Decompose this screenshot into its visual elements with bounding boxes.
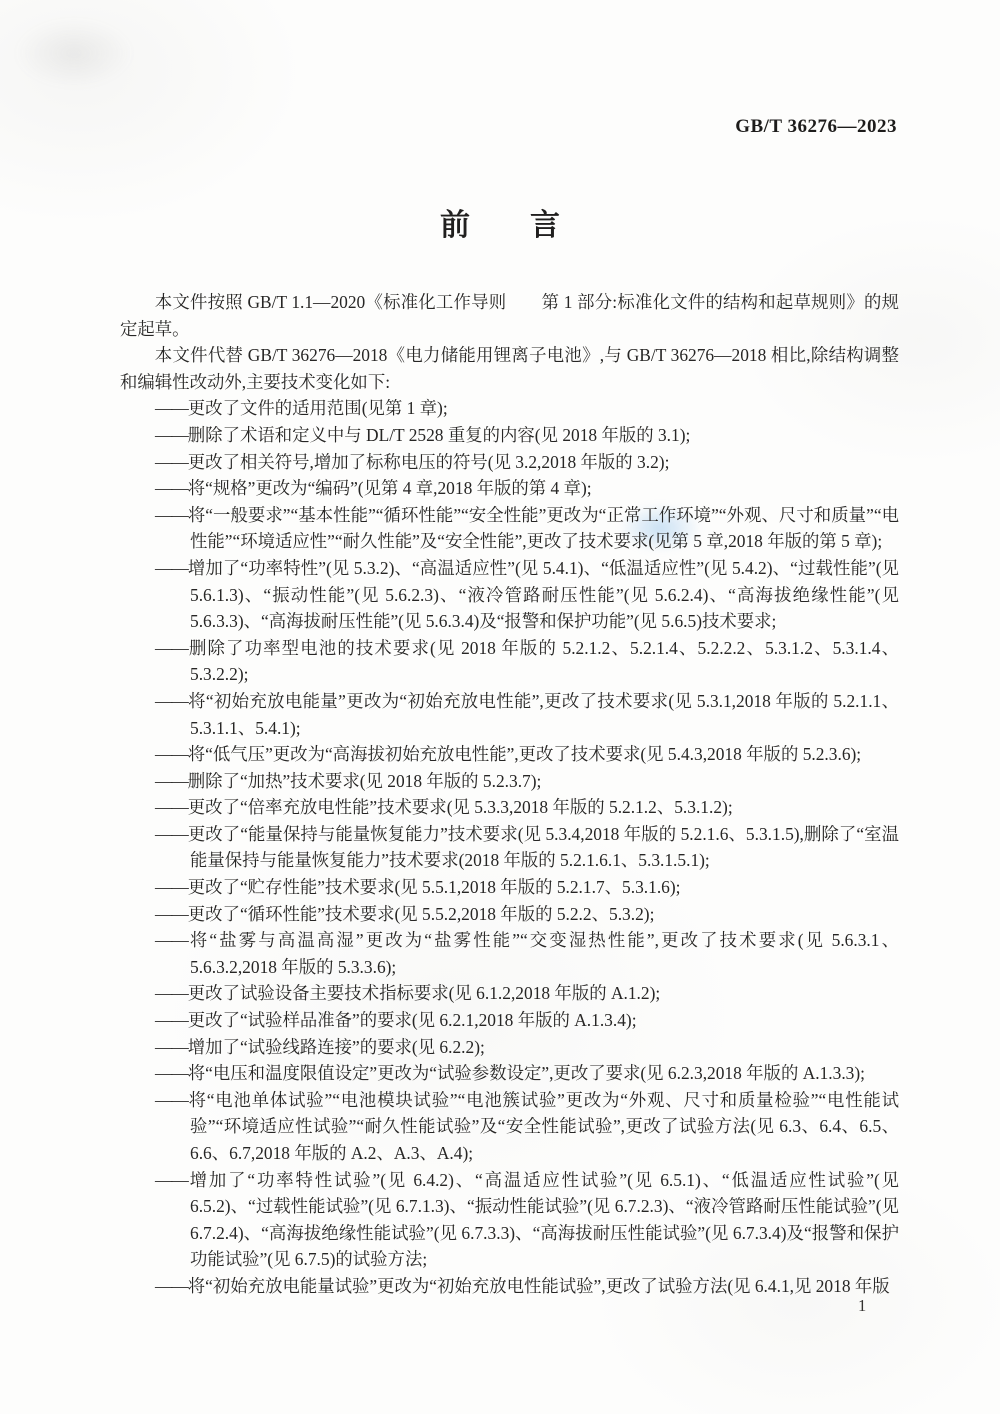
change-list-item: ——删除了“加热”技术要求(见 2018 年版的 5.2.3.7); — [120, 768, 899, 795]
em-dash-marker: —— — [155, 877, 188, 897]
em-dash-marker: —— — [155, 638, 188, 658]
change-item-text: 更改了“贮存性能”技术要求(见 5.5.1,2018 年版的 5.2.1.7、5… — [188, 877, 681, 897]
em-dash-marker: —— — [155, 1037, 188, 1057]
standard-code: GB/T 36276—2023 — [735, 116, 897, 138]
document-page: { "document": { "code": "GB/T 36276—2023… — [0, 0, 1000, 1414]
em-dash-marker: —— — [155, 452, 188, 472]
change-item-text: 增加了“功率特性试验”(见 6.4.2)、“高温适应性试验”(见 6.5.1)、… — [188, 1170, 899, 1270]
em-dash-marker: —— — [155, 558, 188, 578]
change-item-text: 将“初始充放电能量试验”更改为“初始充放电性能试验”,更改了试验方法(见 6.4… — [188, 1276, 890, 1296]
change-list-item: ——将“初始充放电能量”更改为“初始充放电性能”,更改了技术要求(见 5.3.1… — [120, 688, 899, 741]
scan-artifact-gray — [14, 18, 134, 88]
em-dash-marker: —— — [155, 1090, 188, 1110]
em-dash-marker: —— — [155, 505, 188, 525]
change-item-text: 删除了功率型电池的技术要求(见 2018 年版的 5.2.1.2、5.2.1.4… — [188, 638, 899, 685]
change-item-text: 将“电池单体试验”“电池模块试验”“电池簇试验”更改为“外观、尺寸和质量检验”“… — [188, 1090, 899, 1163]
em-dash-marker: —— — [155, 1010, 188, 1030]
change-list-item: ——将“一般要求”“基本性能”“循环性能”“安全性能”更改为“正常工作环境”“外… — [120, 502, 899, 555]
em-dash-marker: —— — [155, 478, 188, 498]
change-list-item: ——将“盐雾与高温高湿”更改为“盐雾性能”“交变湿热性能”,更改了技术要求(见 … — [120, 927, 899, 980]
change-list-item: ——将“电池单体试验”“电池模块试验”“电池簇试验”更改为“外观、尺寸和质量检验… — [120, 1087, 899, 1167]
change-item-text: 将“规格”更改为“编码”(见第 4 章,2018 年版的第 4 章); — [188, 478, 592, 498]
em-dash-marker: —— — [155, 425, 188, 445]
change-item-text: 更改了“能量保持与能量恢复能力”技术要求(见 5.3.4,2018 年版的 5.… — [188, 824, 899, 871]
change-list-item: ——更改了文件的适用范围(见第 1 章); — [120, 395, 899, 422]
em-dash-marker: —— — [155, 983, 188, 1003]
change-item-text: 更改了相关符号,增加了标称电压的符号(见 3.2,2018 年版的 3.2); — [188, 452, 670, 472]
change-list-item: ——增加了“功率特性”(见 5.3.2)、“高温适应性”(见 5.4.1)、“低… — [120, 555, 899, 635]
em-dash-marker: —— — [155, 398, 188, 418]
change-item-text: 将“盐雾与高温高湿”更改为“盐雾性能”“交变湿热性能”,更改了技术要求(见 5.… — [188, 930, 899, 977]
change-list-item: ——更改了试验设备主要技术指标要求(见 6.1.2,2018 年版的 A.1.2… — [120, 980, 899, 1007]
change-list-item: ——将“低气压”更改为“高海拔初始充放电性能”,更改了技术要求(见 5.4.3,… — [120, 741, 899, 768]
change-list-item: ——更改了“试验样品准备”的要求(见 6.2.1,2018 年版的 A.1.3.… — [120, 1007, 899, 1034]
page-number: 1 — [858, 1296, 866, 1316]
em-dash-marker: —— — [155, 797, 188, 817]
change-list-item: ——更改了“能量保持与能量恢复能力”技术要求(见 5.3.4,2018 年版的 … — [120, 821, 899, 874]
em-dash-marker: —— — [155, 1170, 188, 1190]
change-item-text: 增加了“功率特性”(见 5.3.2)、“高温适应性”(见 5.4.1)、“低温适… — [188, 558, 899, 631]
intro-paragraph: 本文件按照 GB/T 1.1—2020《标准化工作导则 第 1 部分:标准化文件… — [120, 289, 899, 342]
intro-paragraph: 本文件代替 GB/T 36276—2018《电力储能用锂离子电池》,与 GB/T… — [120, 342, 899, 395]
change-item-text: 将“低气压”更改为“高海拔初始充放电性能”,更改了技术要求(见 5.4.3,20… — [188, 744, 861, 764]
change-list-item: ——删除了功率型电池的技术要求(见 2018 年版的 5.2.1.2、5.2.1… — [120, 635, 899, 688]
em-dash-marker: —— — [155, 744, 188, 764]
change-list-item: ——增加了“功率特性试验”(见 6.4.2)、“高温适应性试验”(见 6.5.1… — [120, 1167, 899, 1273]
em-dash-marker: —— — [155, 824, 188, 844]
change-list-item: ——删除了术语和定义中与 DL/T 2528 重复的内容(见 2018 年版的 … — [120, 422, 899, 449]
change-item-text: 更改了文件的适用范围(见第 1 章); — [188, 398, 448, 418]
change-item-text: 更改了“倍率充放电性能”技术要求(见 5.3.3,2018 年版的 5.2.1.… — [188, 797, 733, 817]
change-list-item: ——更改了相关符号,增加了标称电压的符号(见 3.2,2018 年版的 3.2)… — [120, 449, 899, 476]
change-list-item: ——将“初始充放电能量试验”更改为“初始充放电性能试验”,更改了试验方法(见 6… — [120, 1273, 899, 1300]
change-item-text: 增加了“试验线路连接”的要求(见 6.2.2); — [188, 1037, 485, 1057]
change-list-item: ——更改了“循环性能”技术要求(见 5.5.2,2018 年版的 5.2.2、5… — [120, 901, 899, 928]
change-list-item: ——将“电压和温度限值设定”更改为“试验参数设定”,更改了要求(见 6.2.3,… — [120, 1060, 899, 1087]
change-item-text: 更改了试验设备主要技术指标要求(见 6.1.2,2018 年版的 A.1.2); — [188, 983, 660, 1003]
em-dash-marker: —— — [155, 904, 188, 924]
change-item-text: 将“电压和温度限值设定”更改为“试验参数设定”,更改了要求(见 6.2.3,20… — [188, 1063, 865, 1083]
change-list-item: ——将“规格”更改为“编码”(见第 4 章,2018 年版的第 4 章); — [120, 475, 899, 502]
change-list-item: ——更改了“倍率充放电性能”技术要求(见 5.3.3,2018 年版的 5.2.… — [120, 794, 899, 821]
em-dash-marker: —— — [155, 771, 188, 791]
change-list-item: ——更改了“贮存性能”技术要求(见 5.5.1,2018 年版的 5.2.1.7… — [120, 874, 899, 901]
em-dash-marker: —— — [155, 1063, 188, 1083]
change-item-text: 删除了术语和定义中与 DL/T 2528 重复的内容(见 2018 年版的 3.… — [188, 425, 691, 445]
em-dash-marker: —— — [155, 1276, 188, 1296]
foreword-body: 本文件按照 GB/T 1.1—2020《标准化工作导则 第 1 部分:标准化文件… — [120, 289, 899, 1300]
change-item-text: 将“一般要求”“基本性能”“循环性能”“安全性能”更改为“正常工作环境”“外观、… — [188, 505, 899, 552]
change-list-item: ——增加了“试验线路连接”的要求(见 6.2.2); — [120, 1034, 899, 1061]
em-dash-marker: —— — [155, 691, 188, 711]
change-item-text: 删除了“加热”技术要求(见 2018 年版的 5.2.3.7); — [188, 771, 542, 791]
changes-list: ——更改了文件的适用范围(见第 1 章);——删除了术语和定义中与 DL/T 2… — [120, 395, 899, 1299]
page-title-foreword: 前 言 — [0, 200, 1000, 244]
change-item-text: 将“初始充放电能量”更改为“初始充放电性能”,更改了技术要求(见 5.3.1,2… — [188, 691, 899, 738]
change-item-text: 更改了“试验样品准备”的要求(见 6.2.1,2018 年版的 A.1.3.4)… — [188, 1010, 637, 1030]
em-dash-marker: —— — [155, 930, 188, 950]
change-item-text: 更改了“循环性能”技术要求(见 5.5.2,2018 年版的 5.2.2、5.3… — [188, 904, 655, 924]
